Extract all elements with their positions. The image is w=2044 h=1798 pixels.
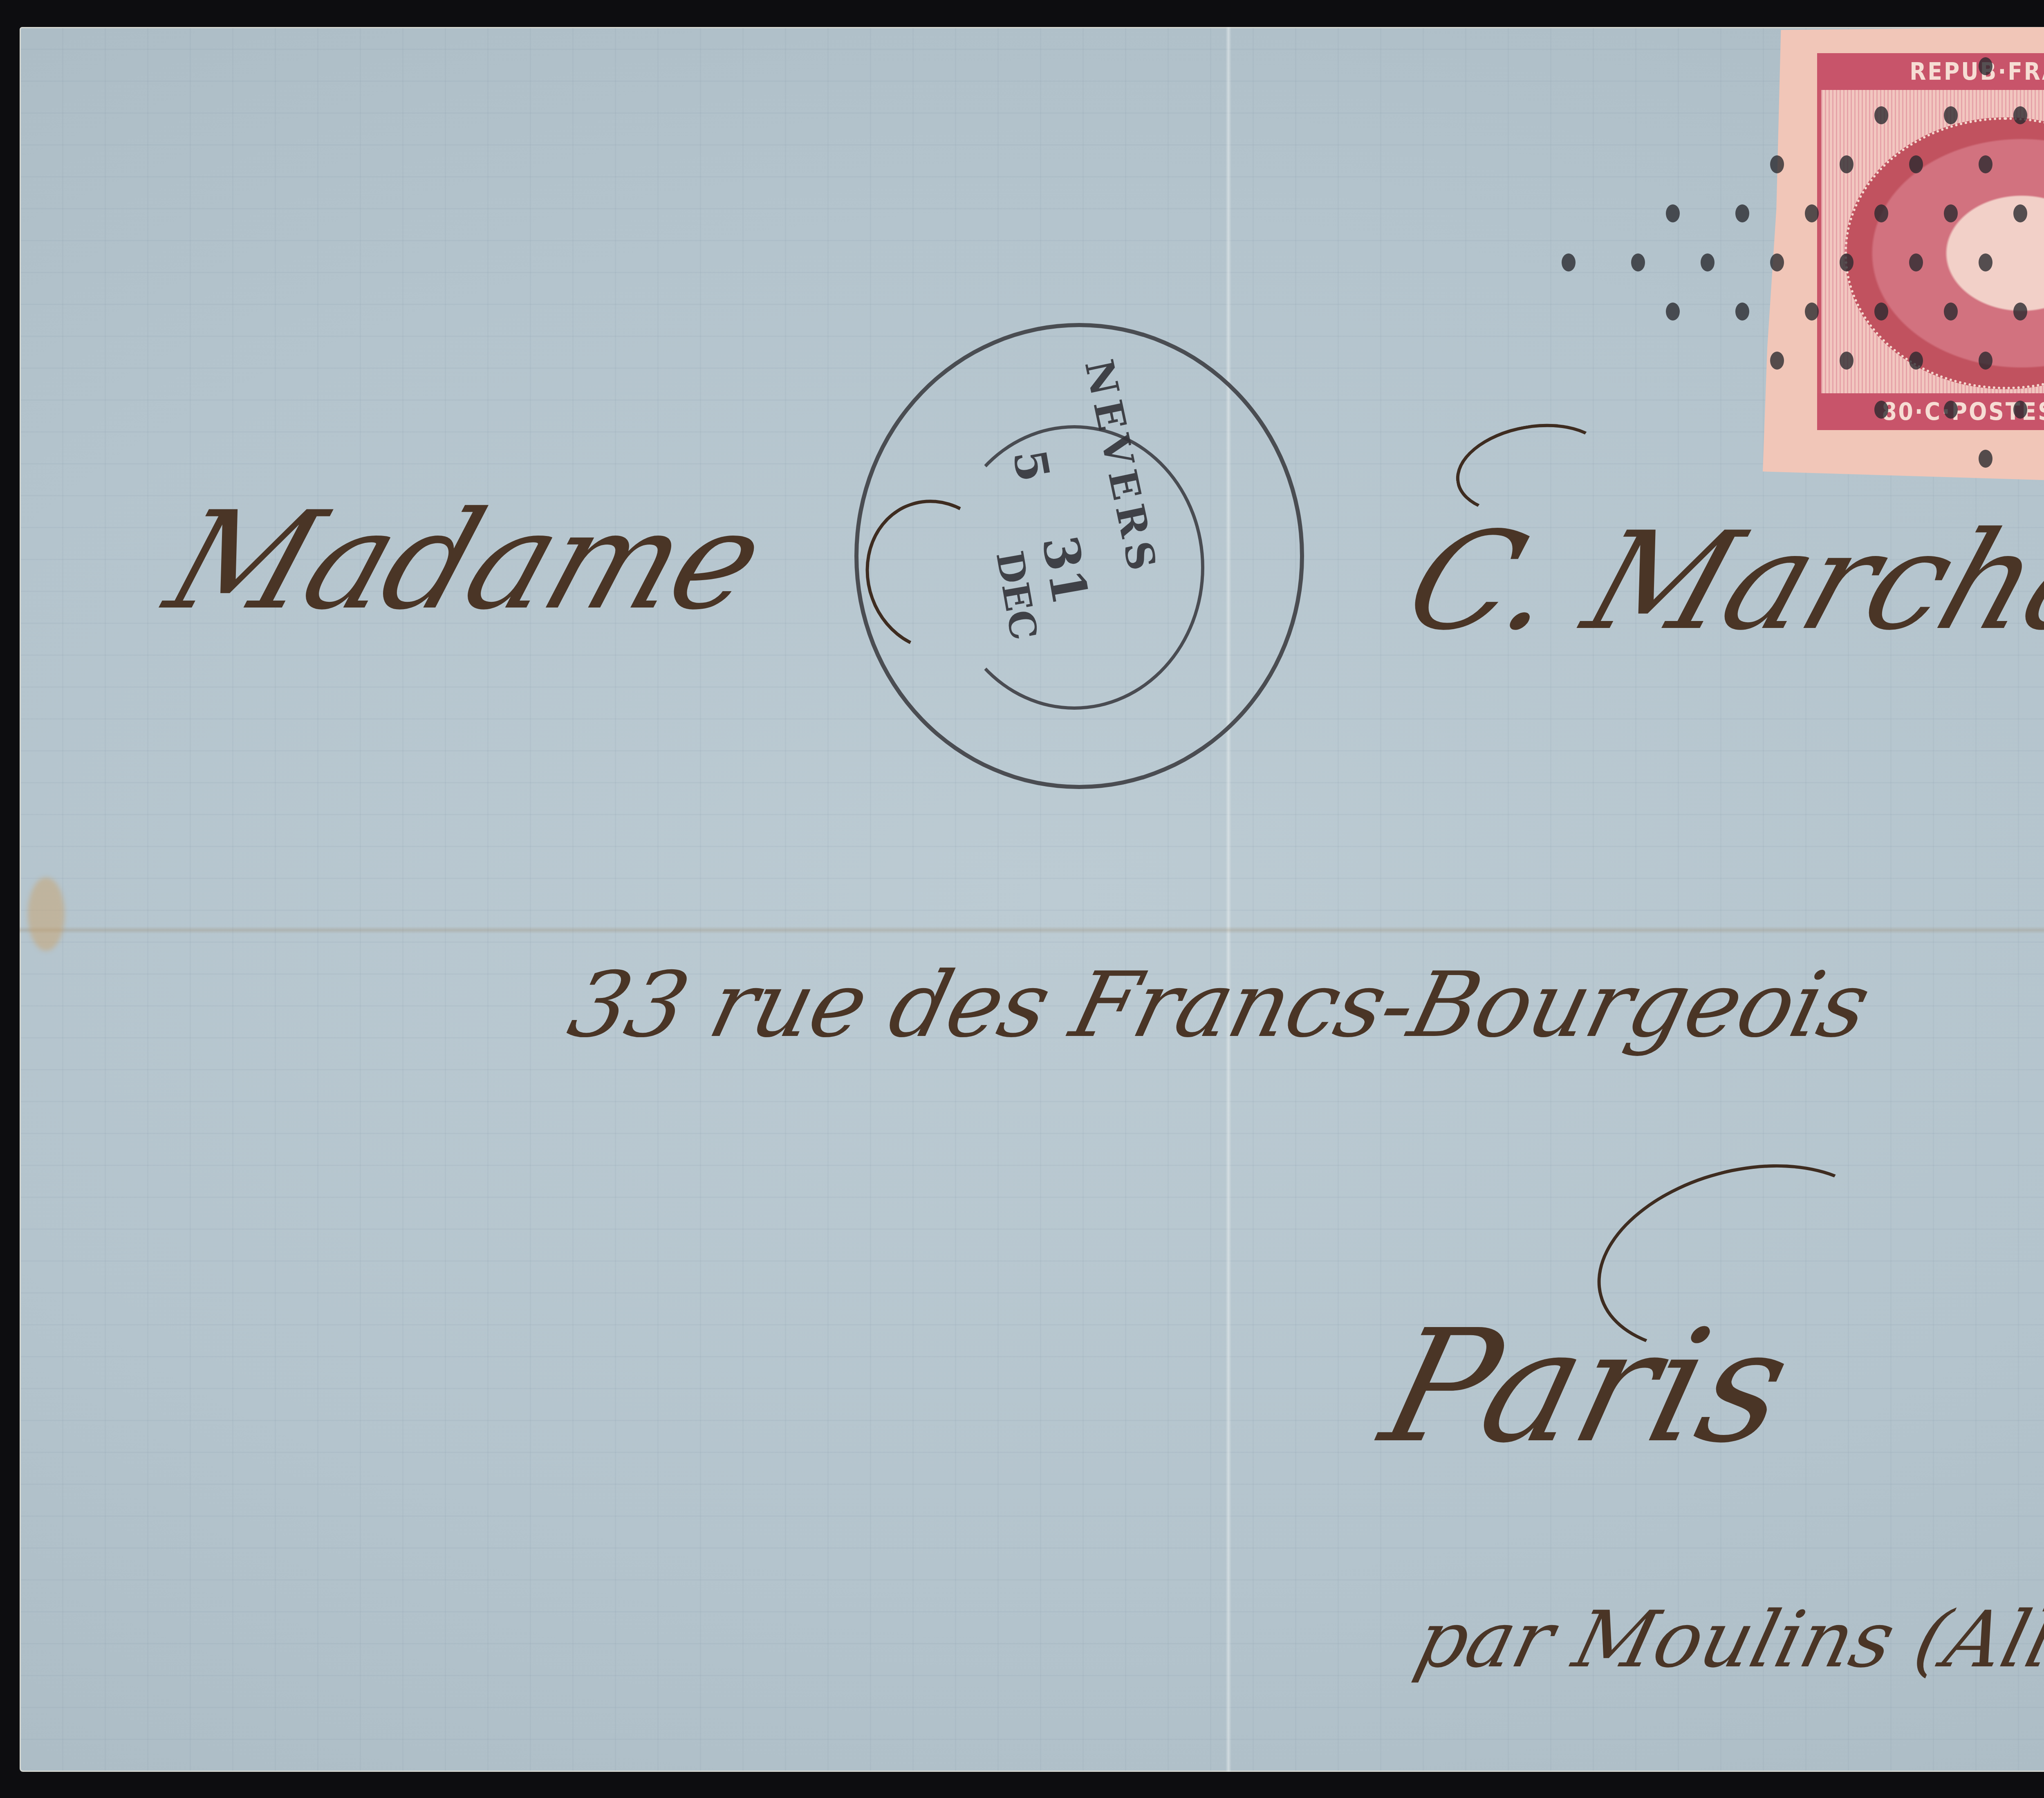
cancel-dot xyxy=(1874,106,1888,124)
cancel-dot xyxy=(2013,204,2027,222)
foxing-stain xyxy=(28,877,65,951)
cancel-dot xyxy=(1874,303,1888,321)
cancel-dot xyxy=(1805,204,1819,222)
address-name: C. Marchand xyxy=(1389,503,2044,660)
stamp-ceres-80c: REPUB·FRANC 80·C·POSTES·80·C xyxy=(1763,25,2044,485)
cancel-dot xyxy=(1944,204,1958,222)
cancel-dot xyxy=(1944,303,1958,321)
cancel-dot xyxy=(1979,155,1992,173)
cancel-dot xyxy=(1944,401,1958,419)
cancel-dot xyxy=(1701,253,1715,271)
cancel-dot xyxy=(1874,401,1888,419)
cancel-dot xyxy=(1770,155,1784,173)
cancel-dot xyxy=(1840,253,1853,271)
cancel-dot xyxy=(1909,155,1923,173)
address-routing: par Moulins (Allier) xyxy=(1407,1594,2044,1685)
cancel-dot xyxy=(1979,253,1992,271)
cancel-dot xyxy=(1666,204,1680,222)
cancel-dot xyxy=(1805,303,1819,321)
vertical-fold xyxy=(1226,27,1231,1772)
datestamp-day: 31 xyxy=(1031,531,1099,609)
cancel-dot xyxy=(2013,106,2027,124)
cancel-dot xyxy=(1770,352,1784,370)
cancel-dot xyxy=(1979,57,1992,75)
cancel-dot xyxy=(1874,204,1888,222)
cancel-dot xyxy=(1909,352,1923,370)
cancel-dot xyxy=(2013,401,2027,419)
horizontal-fold xyxy=(20,926,2044,934)
address-salutation: Madame xyxy=(150,482,780,639)
cancel-dot xyxy=(1735,204,1749,222)
cancel-dot xyxy=(1979,450,1992,468)
cancel-dot xyxy=(1735,303,1749,321)
cancel-dot xyxy=(1666,303,1680,321)
address-city: Paris xyxy=(1367,1296,1806,1477)
cancel-dot xyxy=(1631,253,1645,271)
cancel-dot xyxy=(1909,253,1923,271)
cancel-dot xyxy=(1840,352,1853,370)
cancel-dot xyxy=(1840,155,1853,173)
letter-sheet xyxy=(20,27,2044,1772)
stamp-top-inscription: REPUB·FRANC xyxy=(1817,53,2044,90)
cancel-dot xyxy=(2013,303,2027,321)
cancel-dot xyxy=(1979,352,1992,370)
cancel-dot xyxy=(1770,253,1784,271)
address-street: 33 rue des Francs-Bourgeois xyxy=(559,953,1879,1057)
cancel-dot xyxy=(1944,106,1958,124)
scan-background: REPUB·FRANC 80·C·POSTES·80·C EMPIRE FRAN… xyxy=(0,0,2044,1798)
stamp-bottom-inscription: 80·C·POSTES·80·C xyxy=(1817,393,2044,430)
cancel-dot xyxy=(1562,253,1576,271)
